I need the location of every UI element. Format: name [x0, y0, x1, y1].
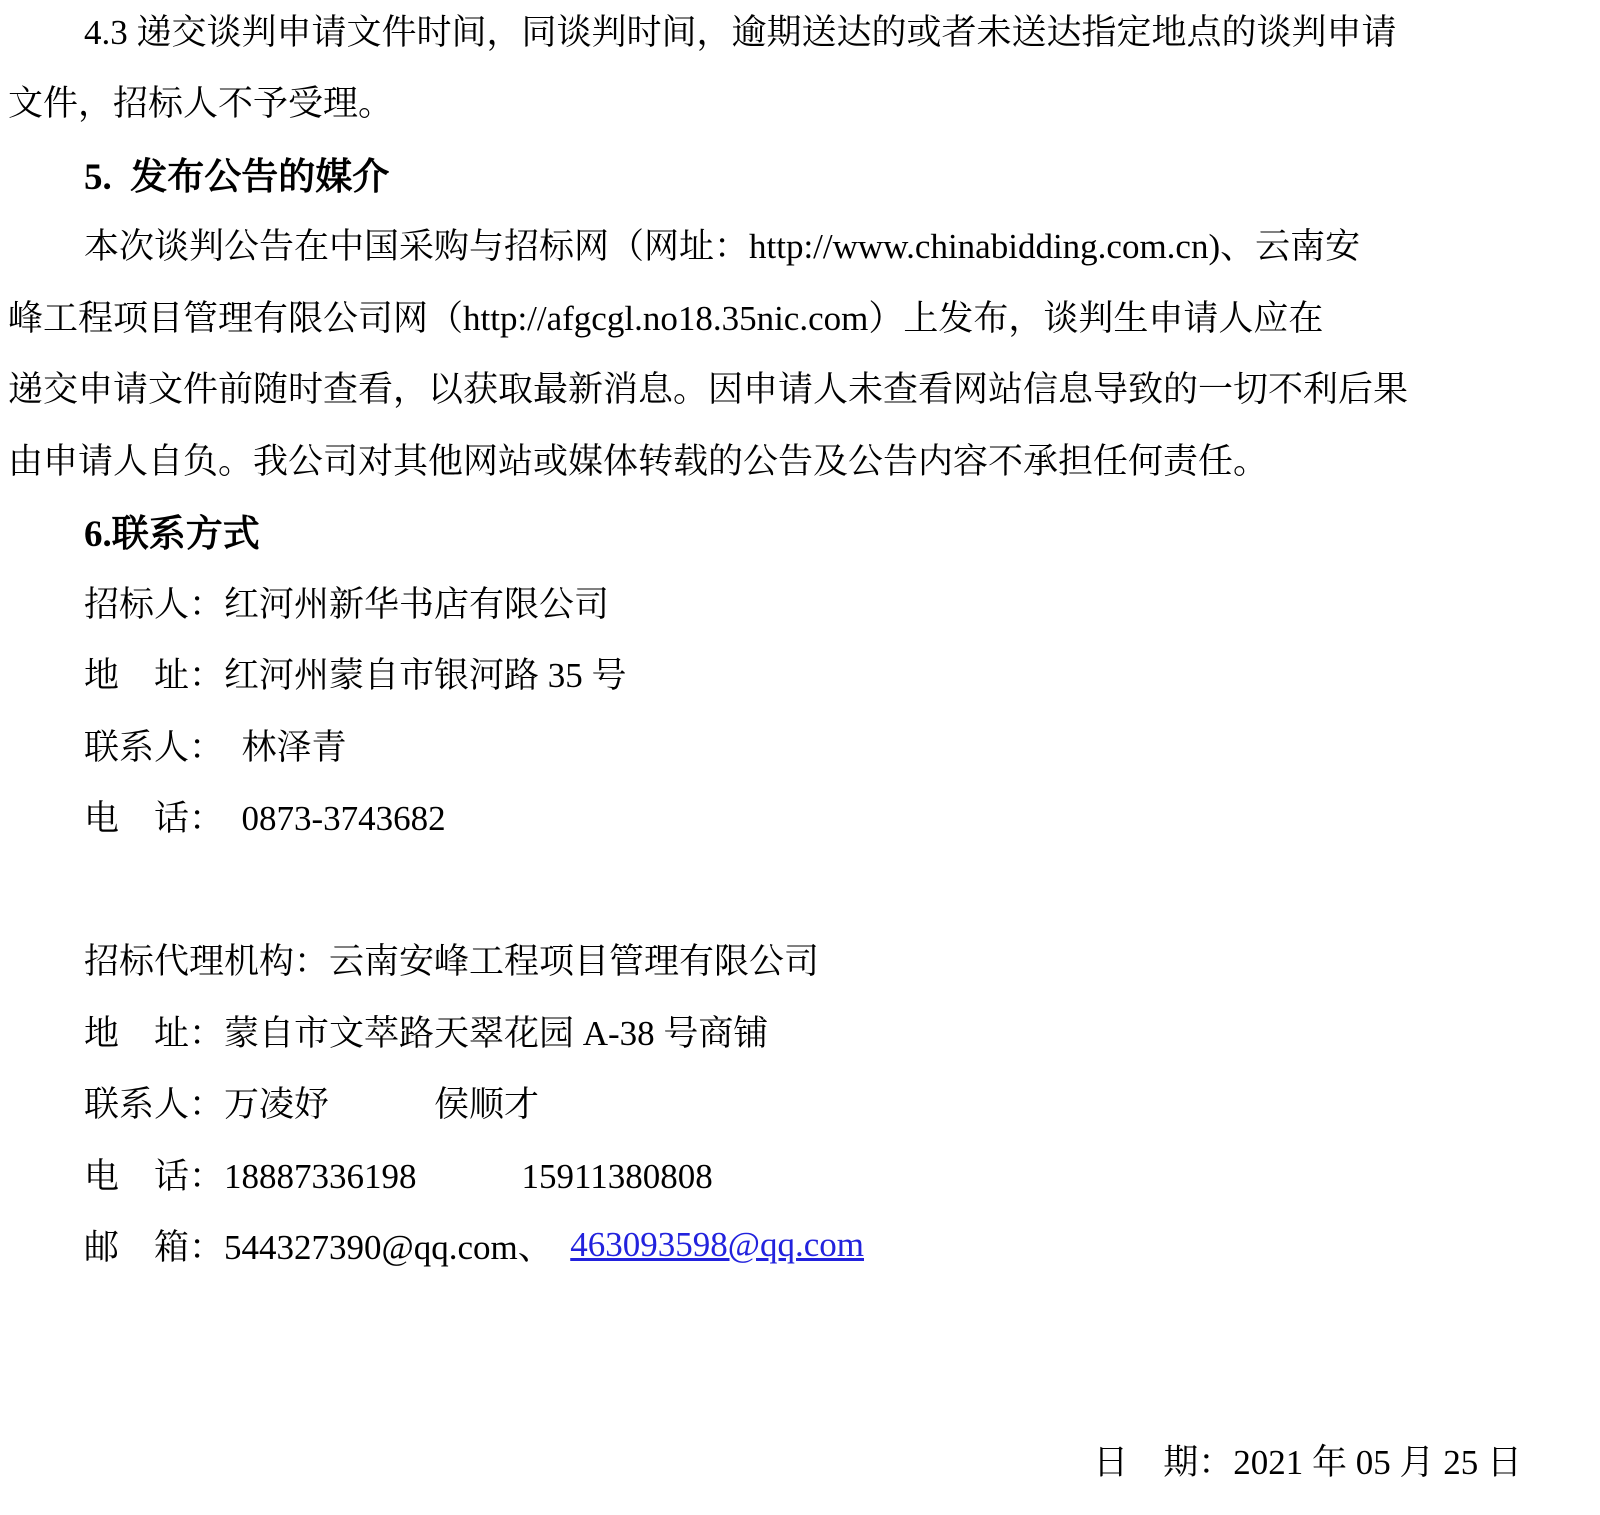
tenderer-address-line: 地 址：红河州蒙自市银河路 35 号 — [0, 638, 1600, 710]
blank-line — [0, 1281, 1600, 1353]
document-date: 日 期：2021 年 05 月 25 日 — [0, 1424, 1600, 1496]
section-5-paragraph-line2: 峰工程项目管理有限公司网（http://afgcgl.no18.35nic.co… — [0, 280, 1600, 352]
section-5-paragraph-line3: 递交申请文件前随时查看，以获取最新消息。因申请人未查看网站信息导致的一切不利后果 — [0, 352, 1600, 424]
agency-address-line: 地 址：蒙自市文萃路天翠花园 A-38 号商铺 — [0, 995, 1600, 1067]
document-body: 4.3 递交谈判申请文件时间，同谈判时间，逾期送达的或者未送达指定地点的谈判申请… — [0, 0, 1600, 1496]
tenderer-name-line: 招标人：红河州新华书店有限公司 — [0, 566, 1600, 638]
email-link[interactable]: 463093598@qq.com — [570, 1225, 864, 1265]
agency-email-label: 邮 箱：544327390@qq.com、 — [84, 1220, 570, 1270]
agency-name-line: 招标代理机构：云南安峰工程项目管理有限公司 — [0, 924, 1600, 996]
section-5-paragraph-line1: 本次谈判公告在中国采购与招标网（网址：http://www.chinabiddi… — [0, 209, 1600, 281]
paragraph-4-3-line2: 文件，招标人不予受理。 — [0, 66, 1600, 138]
tenderer-phone-line: 电 话： 0873-3743682 — [0, 781, 1600, 853]
agency-contact-line: 联系人：万凌妤 侯顺才 — [0, 1067, 1600, 1139]
blank-line — [0, 1353, 1600, 1425]
section-6-heading: 6.联系方式 — [0, 495, 1600, 567]
paragraph-4-3-line1: 4.3 递交谈判申请文件时间，同谈判时间，逾期送达的或者未送达指定地点的谈判申请 — [0, 0, 1600, 66]
agency-phone-line: 电 话：18887336198 15911380808 — [0, 1138, 1600, 1210]
tenderer-contact-line: 联系人： 林泽青 — [0, 709, 1600, 781]
section-5-paragraph-line4: 由申请人自负。我公司对其他网站或媒体转载的公告及公告内容不承担任何责任。 — [0, 423, 1600, 495]
section-5-heading: 5. 发布公告的媒介 — [0, 137, 1600, 209]
document-page: 4.3 递交谈判申请文件时间，同谈判时间，逾期送达的或者未送达指定地点的谈判申请… — [0, 0, 1600, 1515]
agency-email-line: 邮 箱：544327390@qq.com、 463093598@qq.com — [0, 1210, 1600, 1282]
blank-line — [0, 852, 1600, 924]
